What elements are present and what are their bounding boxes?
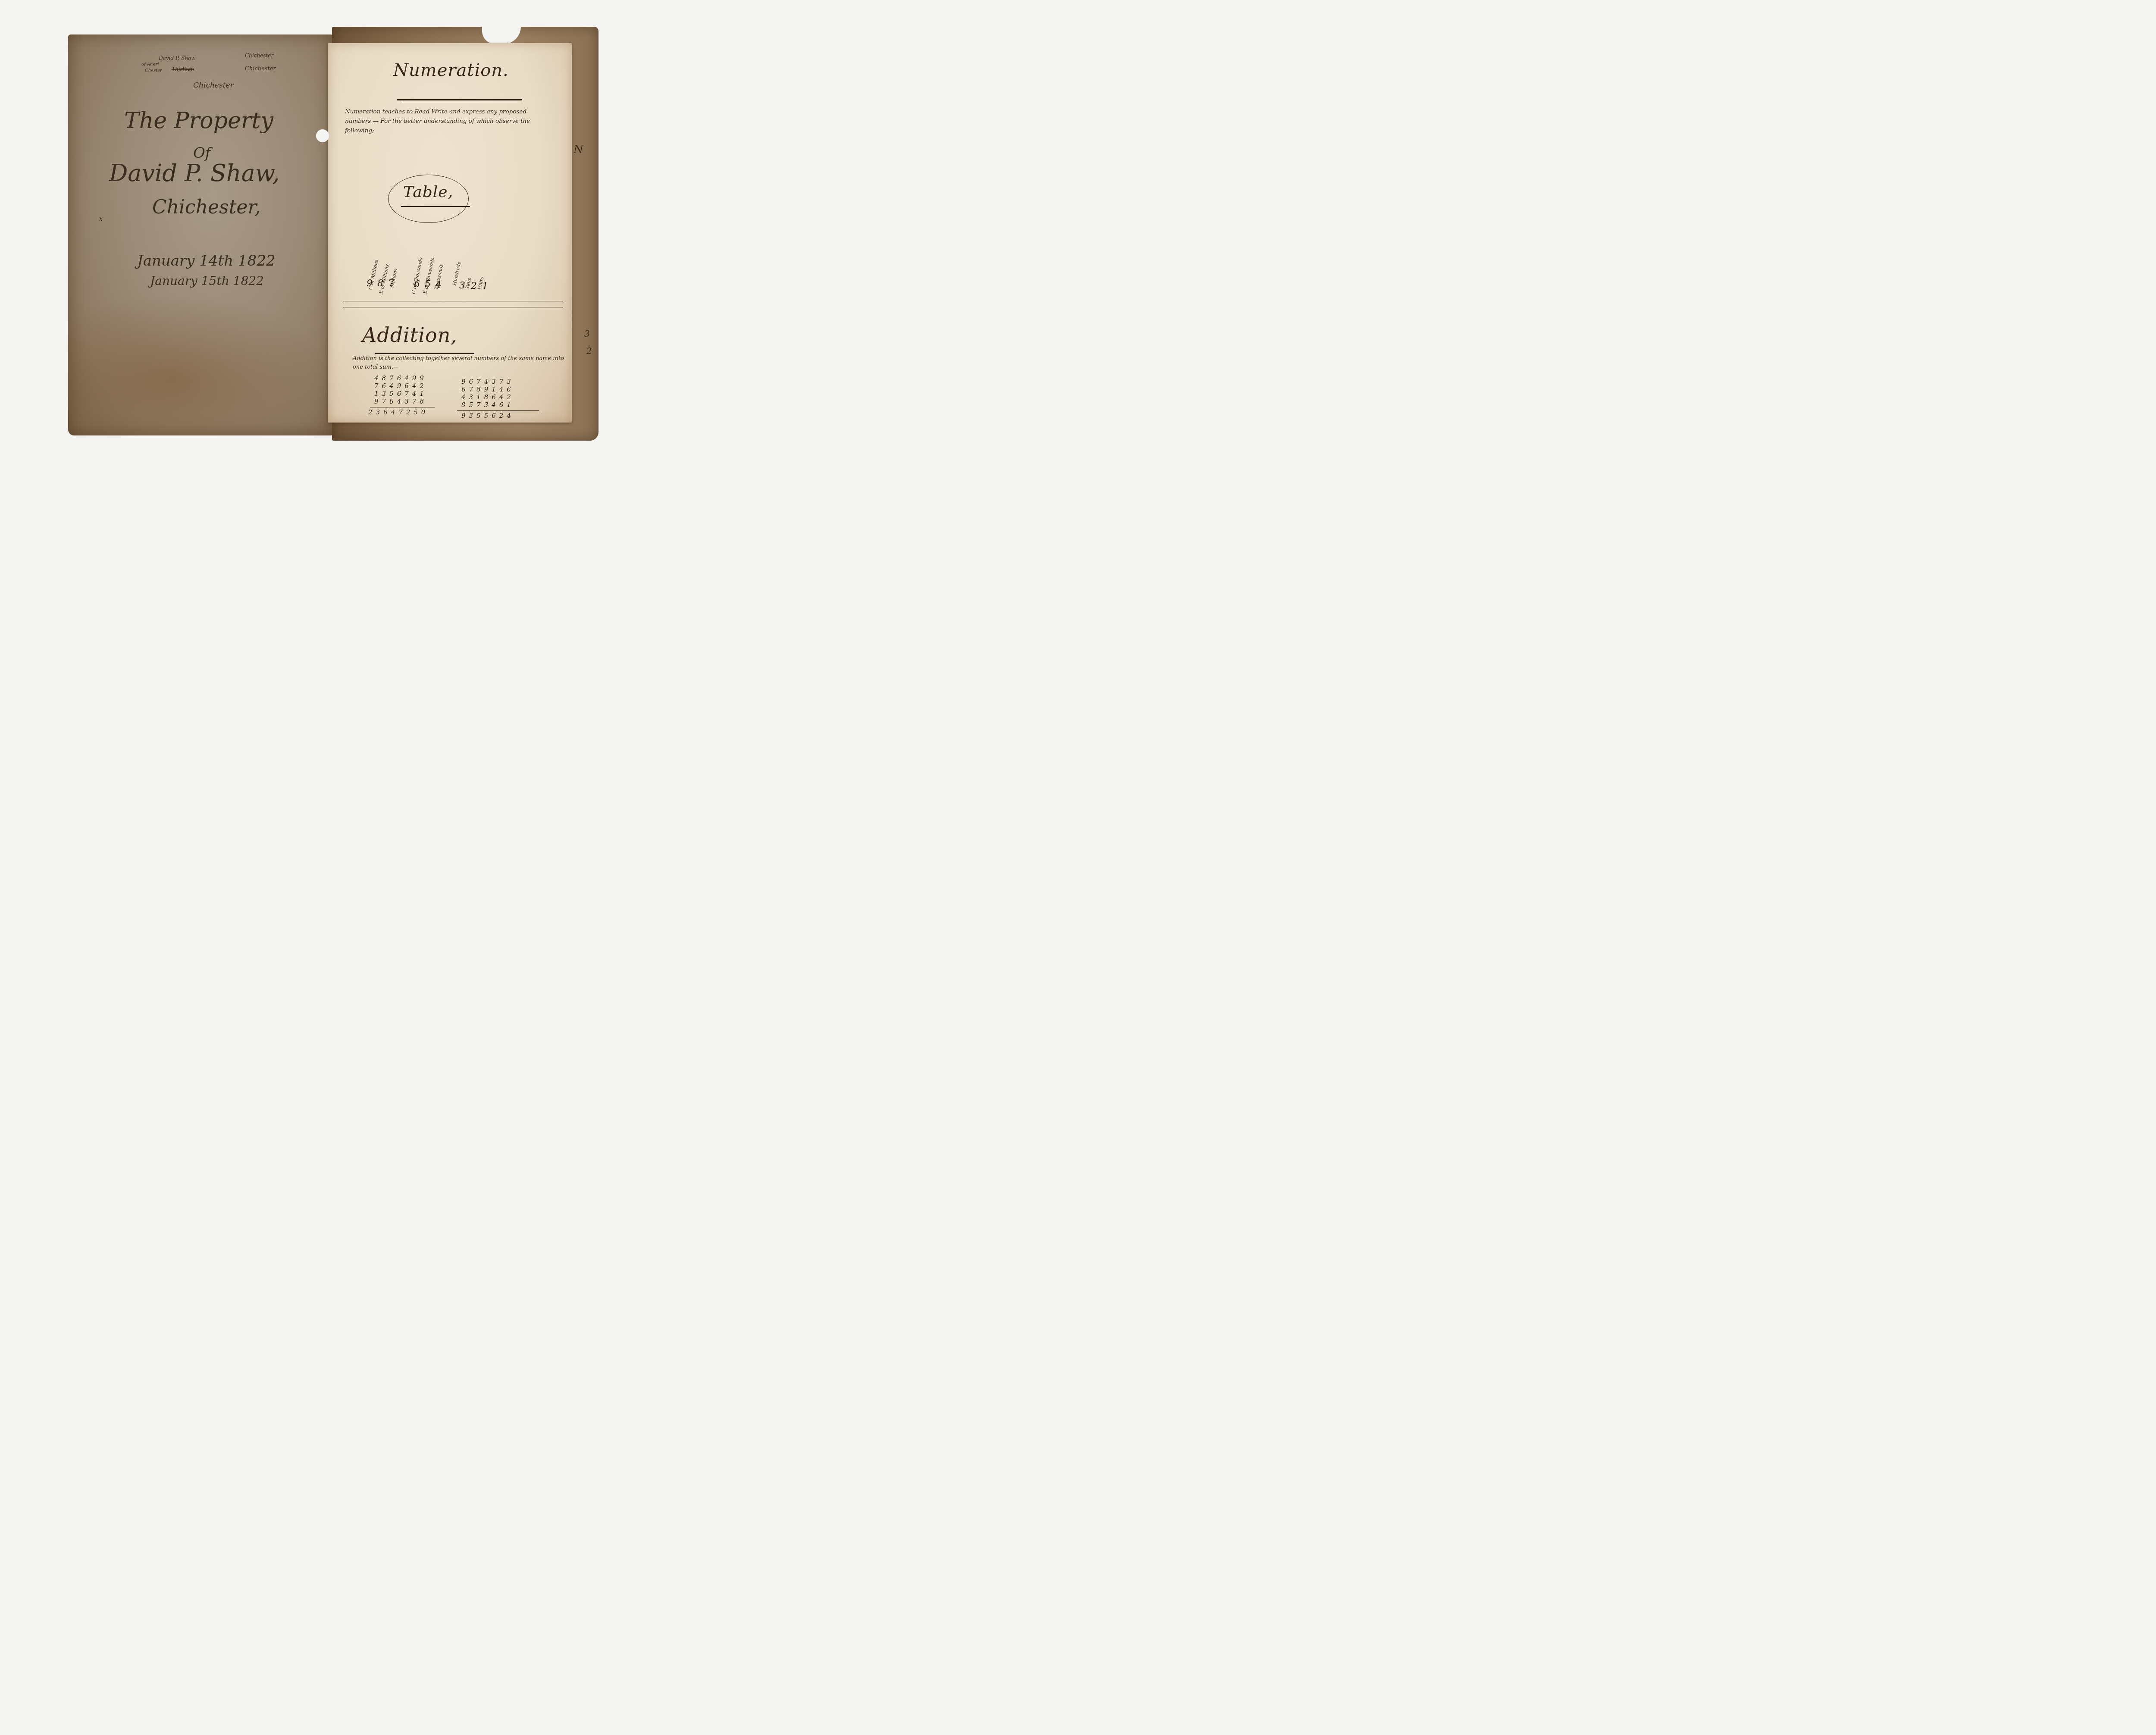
title-line: The Property — [124, 108, 273, 134]
table-heading: Table, — [403, 183, 453, 201]
table-digit: 6 — [414, 279, 420, 290]
addend: 4876499 — [374, 374, 435, 382]
place-line: Chichester — [193, 81, 234, 90]
heading-underline — [401, 102, 517, 102]
sum-rule — [370, 407, 435, 407]
table-digit: 7 — [388, 278, 394, 289]
date-line: January 15th 1822 — [150, 274, 264, 288]
addend: 9674373 — [461, 378, 539, 385]
numeration-heading: Numeration. — [393, 60, 509, 80]
table-rule — [343, 307, 563, 307]
stray-mark: x — [99, 216, 103, 222]
table-digit: 2 — [471, 281, 477, 291]
addend: 4318642 — [461, 393, 539, 401]
addition-paragraph: Addition is the collecting together seve… — [353, 354, 568, 372]
table-rule — [343, 301, 563, 301]
table-digit: 8 — [377, 278, 383, 289]
cover-fragment: N — [573, 143, 583, 156]
title-line: Chichester, — [152, 196, 261, 218]
right-page: Numeration. Numeration teaches to Read W… — [328, 43, 572, 423]
addition-problem-1: 4876499 7649642 1356741 9764378 23647250 — [374, 374, 435, 416]
left-page: David P. Shaw Chichester of Aherl Cheste… — [68, 34, 332, 435]
addition-heading: Addition, — [362, 323, 458, 347]
numeration-paragraph: Numeration teaches to Read Write and exp… — [345, 107, 535, 135]
table-digit: 9 — [367, 278, 373, 289]
addend: 6789146 — [461, 385, 539, 393]
sum-total: 23647250 — [368, 408, 435, 416]
date-line: January 14th 1822 — [137, 252, 275, 269]
sum-rule — [457, 410, 539, 411]
sum-total: 9355624 — [461, 412, 539, 420]
inscription: Thirteen — [172, 66, 194, 72]
table-digit: 1 — [482, 281, 488, 292]
addition-problem-2: 9674373 6789146 4318642 8573461 9355624 — [461, 378, 539, 420]
table-digit: 5 — [425, 279, 431, 290]
title-line: Of — [193, 144, 210, 162]
cover-fragment: 3 — [584, 329, 590, 339]
inscription: David P. Shaw — [159, 55, 196, 61]
inscription: of Aherl — [141, 62, 159, 67]
inscription: Chichester — [245, 53, 273, 59]
table-digit: 4 — [436, 280, 442, 291]
cover-fragment: 2 — [586, 346, 592, 356]
punched-hole — [316, 129, 329, 142]
inscription: Chester — [145, 68, 162, 73]
title-line: David P. Shaw, — [109, 160, 280, 187]
addend: 7649642 — [374, 382, 435, 390]
table-underline — [401, 206, 470, 207]
addend: 8573461 — [461, 401, 539, 409]
heading-underline — [397, 99, 522, 100]
open-book: N 3 2 David P. Shaw Chichester of Aherl … — [0, 0, 676, 450]
addend: 1356741 — [374, 390, 435, 398]
torn-corner — [482, 27, 521, 44]
table-digit: 3 — [459, 280, 465, 291]
addition-underline — [375, 353, 474, 354]
addend: 9764378 — [374, 398, 435, 405]
inscription: Chichester — [245, 66, 276, 72]
